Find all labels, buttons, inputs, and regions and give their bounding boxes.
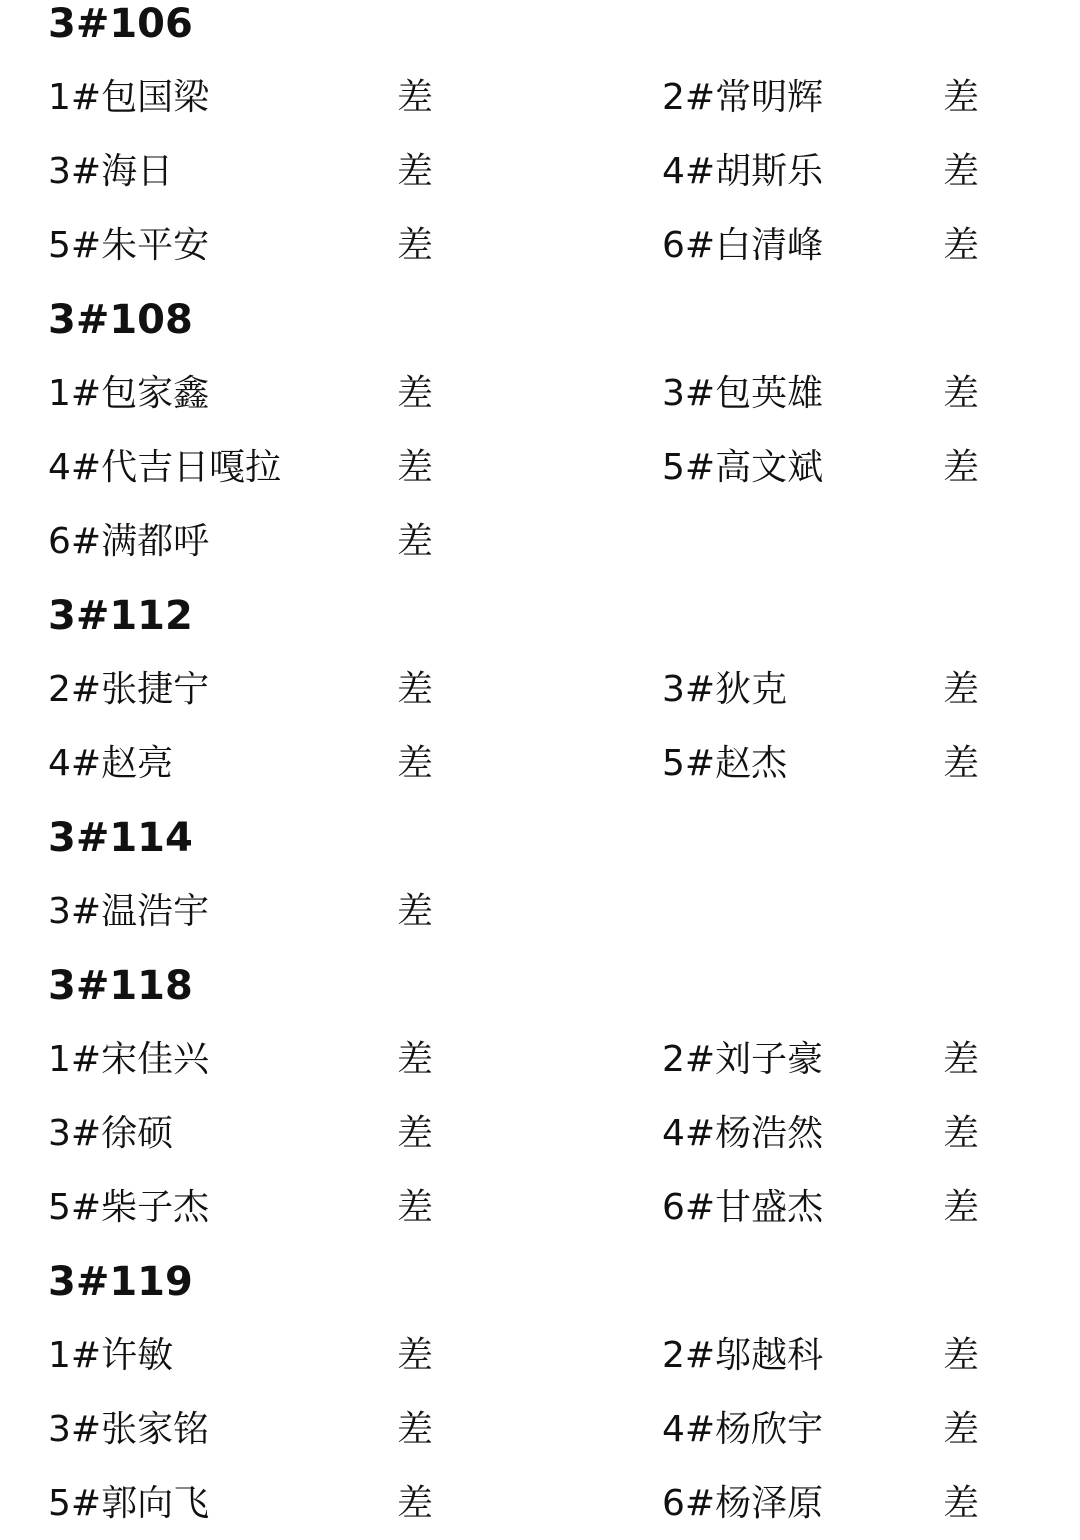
grade-label: 差 <box>397 357 433 431</box>
grade-label: 差 <box>397 1171 433 1245</box>
list-row: 2#张捷宁 差 3#狄克 差 <box>0 653 1080 727</box>
student-name: 2#张捷宁 <box>48 653 209 727</box>
grade-label: 差 <box>943 653 979 727</box>
student-name: 5#朱平安 <box>48 209 209 283</box>
list-row: 5#柴子杰 差 6#甘盛杰 差 <box>0 1171 1080 1245</box>
student-name: 1#许敏 <box>48 1319 173 1393</box>
student-name: 4#赵亮 <box>48 727 173 801</box>
section-title-3-118: 3#118 <box>48 949 193 1023</box>
list-row: 4#赵亮 差 5#赵杰 差 <box>0 727 1080 801</box>
list-row: 1#包国梁 差 2#常明辉 差 <box>0 61 1080 135</box>
grade-label: 差 <box>943 727 979 801</box>
section-title-3-108: 3#108 <box>48 283 193 357</box>
grade-label: 差 <box>397 431 433 505</box>
student-name: 6#白清峰 <box>662 209 823 283</box>
section-title-3-114: 3#114 <box>48 801 193 875</box>
list-row: 3#海日 差 4#胡斯乐 差 <box>0 135 1080 209</box>
list-row: 5#郭向飞 差 6#杨泽原 差 <box>0 1467 1080 1540</box>
list-row: 3#温浩宇 差 <box>0 875 1080 949</box>
student-name: 5#高文斌 <box>662 431 823 505</box>
student-name: 2#常明辉 <box>662 61 823 135</box>
grade-label: 差 <box>397 1097 433 1171</box>
student-name: 4#杨欣宇 <box>662 1393 823 1467</box>
student-name: 3#包英雄 <box>662 357 823 431</box>
grade-label: 差 <box>943 209 979 283</box>
student-name: 4#杨浩然 <box>662 1097 823 1171</box>
section-title-3-106: 3#106 <box>48 0 193 61</box>
list-row: 3#徐硕 差 4#杨浩然 差 <box>0 1097 1080 1171</box>
grade-label: 差 <box>397 1023 433 1097</box>
student-name: 4#代吉日嘎拉 <box>48 431 281 505</box>
section-title-3-119: 3#119 <box>48 1245 193 1319</box>
student-name: 2#邬越科 <box>662 1319 823 1393</box>
grade-label: 差 <box>943 1319 979 1393</box>
list-row: 6#满都呼 差 <box>0 505 1080 579</box>
student-name: 5#赵杰 <box>662 727 787 801</box>
list-row: 1#包家鑫 差 3#包英雄 差 <box>0 357 1080 431</box>
list-row: 1#宋佳兴 差 2#刘子豪 差 <box>0 1023 1080 1097</box>
list-row: 5#朱平安 差 6#白清峰 差 <box>0 209 1080 283</box>
student-name: 6#满都呼 <box>48 505 209 579</box>
student-name: 6#杨泽原 <box>662 1467 823 1540</box>
grade-label: 差 <box>943 1467 979 1540</box>
student-name: 1#包家鑫 <box>48 357 209 431</box>
student-name: 3#徐硕 <box>48 1097 173 1171</box>
student-name: 3#温浩宇 <box>48 875 209 949</box>
student-name: 2#刘子豪 <box>662 1023 823 1097</box>
list-row: 3#张家铭 差 4#杨欣宇 差 <box>0 1393 1080 1467</box>
student-name: 5#郭向飞 <box>48 1467 209 1540</box>
list-row: 1#许敏 差 2#邬越科 差 <box>0 1319 1080 1393</box>
grade-label: 差 <box>397 875 433 949</box>
grade-label: 差 <box>943 61 979 135</box>
grade-label: 差 <box>397 1393 433 1467</box>
grade-label: 差 <box>943 135 979 209</box>
grade-label: 差 <box>943 1097 979 1171</box>
grade-label: 差 <box>397 209 433 283</box>
student-name: 3#狄克 <box>662 653 787 727</box>
grade-label: 差 <box>397 505 433 579</box>
grade-label: 差 <box>397 653 433 727</box>
section-title-3-112: 3#112 <box>48 579 193 653</box>
grade-label: 差 <box>397 135 433 209</box>
student-name: 6#甘盛杰 <box>662 1171 823 1245</box>
student-name: 1#包国梁 <box>48 61 209 135</box>
grade-label: 差 <box>943 431 979 505</box>
grade-label: 差 <box>397 1319 433 1393</box>
grade-label: 差 <box>943 1393 979 1467</box>
grade-label: 差 <box>397 1467 433 1540</box>
grade-label: 差 <box>397 727 433 801</box>
student-name: 5#柴子杰 <box>48 1171 209 1245</box>
grade-label: 差 <box>397 61 433 135</box>
grade-label: 差 <box>943 1023 979 1097</box>
student-name: 3#张家铭 <box>48 1393 209 1467</box>
student-name: 4#胡斯乐 <box>662 135 823 209</box>
list-row: 4#代吉日嘎拉 差 5#高文斌 差 <box>0 431 1080 505</box>
student-name: 3#海日 <box>48 135 173 209</box>
grade-label: 差 <box>943 357 979 431</box>
grade-label: 差 <box>943 1171 979 1245</box>
student-name: 1#宋佳兴 <box>48 1023 209 1097</box>
